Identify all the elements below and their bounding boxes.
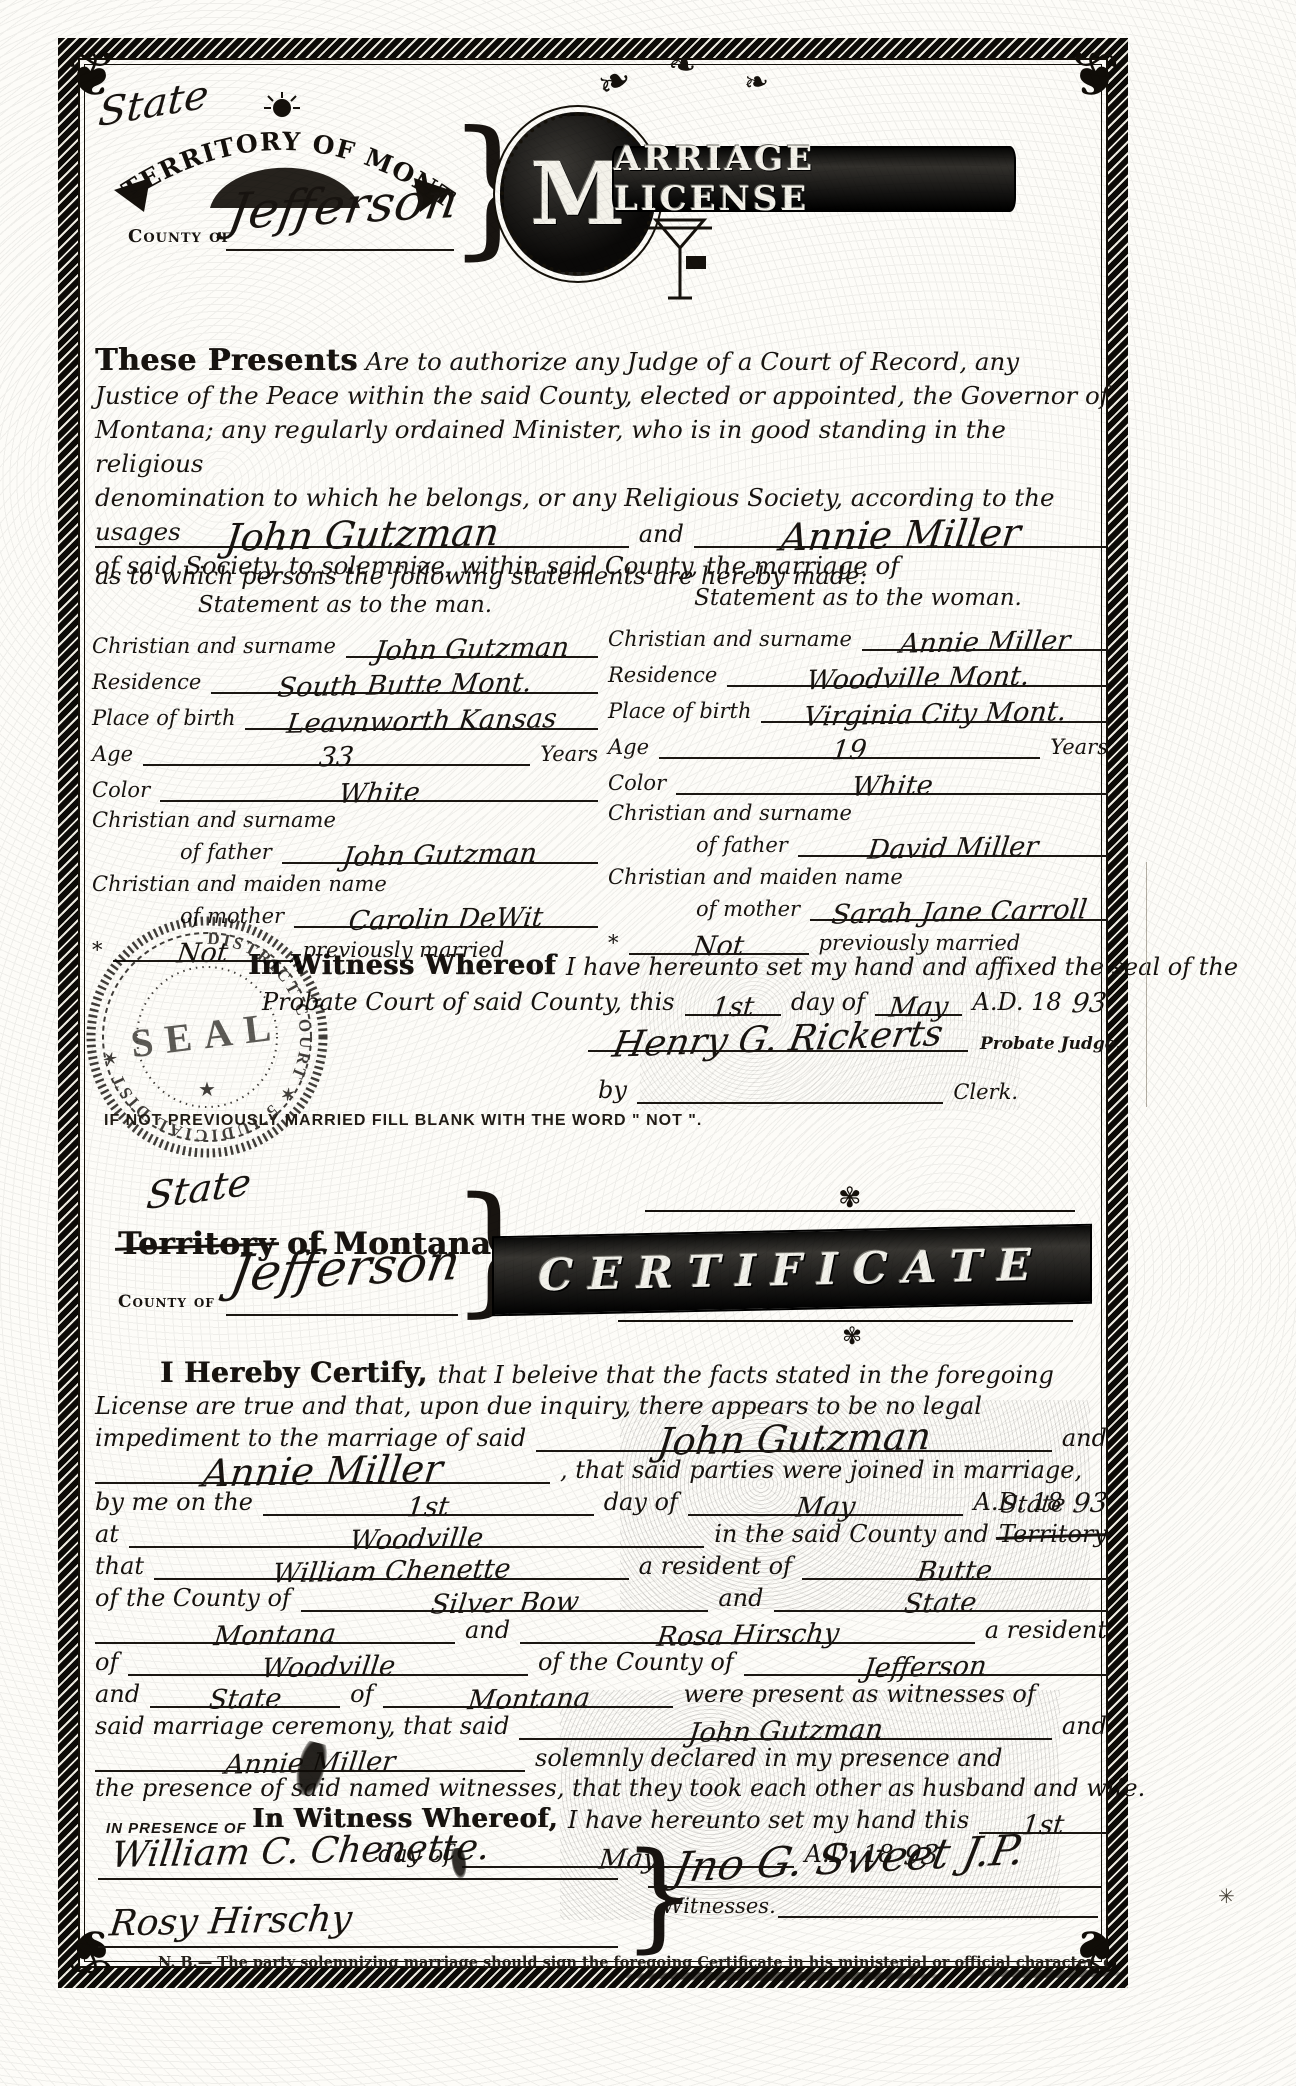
man-age-row: Age 33 Years — [92, 740, 598, 766]
birthplace-label: Place of birth — [608, 699, 751, 723]
name-label: Christian and surname — [92, 634, 336, 658]
clerk-label: Clerk. — [953, 1080, 1018, 1104]
statement-woman-column: Statement as to the woman. Christian and… — [608, 585, 1108, 965]
certify-line-3: impediment to the marriage of said John … — [95, 1416, 1107, 1452]
certify-line-14: the presence of said named witnesses, th… — [95, 1774, 1145, 1802]
certificate-year-value: 93 — [1071, 1491, 1108, 1516]
resident-of-label: a resident of — [639, 1552, 792, 1580]
by-me-on-the-text: by me on the — [95, 1488, 253, 1516]
fill-line — [648, 1886, 1102, 1888]
day-of-label: day of — [604, 1488, 678, 1516]
man-mother-value: Carolin DeWit — [348, 906, 545, 934]
margin-star-mark: ✳ — [1218, 1886, 1235, 1906]
and-word: and — [465, 1616, 510, 1644]
were-present-text: were present as witnesses of — [683, 1680, 1035, 1708]
flourish-icon: ✾ — [838, 1184, 861, 1212]
witnesses-label: Witnesses. — [662, 1894, 776, 1918]
fill-line — [98, 1946, 618, 1948]
statement-woman-heading: Statement as to the woman. — [608, 585, 1108, 611]
man-name-row: Christian and surname John Gutzman — [92, 632, 598, 658]
woman-father-label-row: Christian and surname — [608, 801, 1108, 825]
father-label-line1: Christian and surname — [608, 801, 852, 825]
years-label: Years — [1050, 735, 1108, 759]
man-birthplace-value: Leavnworth Kansas — [285, 707, 558, 737]
said-county-text: in the said County and — [714, 1520, 989, 1548]
woman-age-row: Age 19 Years — [608, 733, 1108, 759]
banner-text: ARRIAGE LICENSE — [614, 139, 1014, 219]
of-label: of — [350, 1680, 373, 1708]
sun-icon — [264, 92, 300, 116]
leaf-flourish-icon: ❧ — [743, 67, 771, 99]
of-county-label: of the County of — [95, 1584, 291, 1612]
certificate-county-value: Jefferson — [227, 1240, 463, 1297]
i-hereby-certify-lead: I Hereby Certify, — [160, 1356, 428, 1389]
woman-mother-row: of mother Sarah Jane Carroll — [608, 895, 1108, 921]
certify-line1-text: that I beleive that the facts stated in … — [438, 1361, 1054, 1389]
certify-line-9: Montana and Rosa Hirschy a resident — [95, 1610, 1107, 1644]
woman-mother-value: Sarah Jane Carroll — [830, 898, 1088, 928]
trumpet-ornament-icon — [628, 214, 748, 306]
woman-name-row: Christian and surname Annie Miller — [608, 625, 1108, 651]
name-label: Christian and surname — [608, 627, 852, 651]
that-label: that — [95, 1552, 144, 1580]
certify-line-11: and State of Montana were present as wit… — [95, 1674, 1107, 1708]
these-presents-lead: These Presents — [95, 343, 358, 378]
woman-color-row: Color White — [608, 769, 1108, 795]
paragraph-line-3: Montana; any regularly ordained Minister… — [95, 415, 1006, 478]
fill-line — [226, 1314, 458, 1316]
certify-line-4: Annie Miller , that said parties were jo… — [95, 1448, 1107, 1484]
statement-man-heading: Statement as to the man. — [92, 592, 598, 618]
clerk-by-row: by Clerk. — [598, 1076, 1018, 1104]
fill-line — [226, 249, 454, 251]
woman-birthplace-row: Place of birth Virginia City Mont. — [608, 697, 1108, 723]
mother-label-line1: Christian and maiden name — [608, 865, 903, 889]
and-word: and — [95, 1680, 140, 1708]
ink-smudge — [620, 1972, 940, 1981]
residence-label: Residence — [92, 670, 201, 694]
ink-smudge — [972, 1970, 1122, 1978]
and-word: and — [718, 1584, 763, 1612]
man-father-value: John Gutzman — [341, 842, 538, 870]
man-color-row: Color White — [92, 776, 598, 802]
witness1-signature: William C. Chenette. — [110, 1832, 492, 1872]
man-residence-row: Residence South Butte Mont. — [92, 668, 598, 694]
age-label: Age — [92, 742, 133, 766]
paragraph-line-2: Justice of the Peace within the said Cou… — [95, 381, 1109, 410]
county-of-label: County of — [128, 226, 232, 247]
man-name-value: John Gutzman — [373, 636, 570, 664]
marriage-license-banner: ARRIAGE LICENSE — [612, 146, 1016, 212]
woman-color-value: White — [850, 774, 934, 800]
father-label-line2: of father — [180, 840, 272, 864]
ad-printed: A.D. 18 — [972, 988, 1061, 1016]
of-label: of — [95, 1648, 118, 1676]
witness-clause-line1: In Witness Whereof I have hereunto set m… — [248, 950, 1106, 981]
paragraph-line-1: Are to authorize any Judge of a Court of… — [365, 347, 1019, 376]
fill-line — [98, 1878, 618, 1880]
and-word: and — [1062, 1712, 1107, 1740]
probate-judge-title: Probate Judge. — [980, 1034, 1121, 1054]
woman-father-row: of father David Miller — [608, 831, 1108, 857]
father-label-line2: of father — [696, 833, 788, 857]
mother-label-line2: of mother — [696, 897, 800, 921]
certify-line-6: at Woodville in the said County and Terr… — [95, 1514, 1107, 1548]
certificate-banner-text: CERTIFICATE — [538, 1239, 1046, 1301]
certify-line-8: of the County of Silver Bow and State — [95, 1578, 1107, 1612]
witness2-signature: Rosy Hirschy — [108, 1903, 354, 1940]
corner-fleuron-icon: ❦ — [1068, 44, 1120, 106]
a-resident-label: a resident — [985, 1616, 1107, 1644]
couple-names-fill-row: John Gutzman and Annie Miller — [95, 502, 1107, 548]
seal-center-text: SEAL — [128, 1003, 285, 1066]
certify-line-1: I Hereby Certify, that I beleive that th… — [160, 1356, 1107, 1389]
judge-signature-line: Henry G. Rickerts — [588, 1006, 968, 1052]
certify-line-10: of Woodville of the County of Jefferson — [95, 1642, 1107, 1676]
scanned-marriage-license-document: ❦ ❦ ❦ ❦ State TERRITORY OF MONTANA Count… — [0, 0, 1296, 2086]
and-word: and — [639, 520, 684, 548]
at-label: at — [95, 1520, 119, 1548]
man-age-value: 33 — [318, 746, 355, 771]
judge-signature: Henry G. Rickerts — [610, 1018, 945, 1062]
state-overwrite-handwritten: State — [1000, 1493, 1067, 1516]
of-county-label: of the County of — [538, 1648, 734, 1676]
woman-birthplace-value: Virginia City Mont. — [802, 700, 1068, 730]
certify-line-7: that William Chenette a resident of Butt… — [95, 1546, 1107, 1580]
bride-name: Annie Miller — [778, 515, 1022, 554]
man-color-value: White — [337, 781, 421, 807]
said-marriage-ceremony-text: said marriage ceremony, that said — [95, 1712, 509, 1740]
witness-clause-text1: I have hereunto set my hand and affixed … — [566, 953, 1238, 981]
residence-label: Residence — [608, 663, 717, 687]
age-label: Age — [608, 735, 649, 759]
woman-age-value: 19 — [831, 739, 868, 764]
man-birthplace-row: Place of birth Leavnworth Kansas — [92, 704, 598, 730]
years-label: Years — [540, 742, 598, 766]
territory-struck-word: Territory — [999, 1520, 1107, 1548]
color-label: Color — [608, 771, 666, 795]
not-previously-married-footnote: IF NOT PREVIOUSLY MARRIED FILL BLANK WIT… — [104, 1112, 702, 1130]
solemnly-declared-text: solemnly declared in my presence and — [535, 1744, 1003, 1772]
groom-name: John Gutzman — [223, 515, 500, 555]
license-year-value: 93 — [1070, 991, 1107, 1016]
man-father-label-row: Christian and surname — [92, 808, 598, 832]
certificate-county-label: County of — [118, 1292, 215, 1312]
fill-line — [778, 1916, 1098, 1918]
certify-line-5: by me on the 1st day of May A.D. 18 93 — [95, 1482, 1107, 1516]
father-label-line1: Christian and surname — [92, 808, 336, 832]
solemnizing-footer-note: N. B.— The party solemnizing marriage sh… — [158, 1954, 1108, 1971]
man-residence-value: South Butte Mont. — [276, 671, 533, 701]
mother-label-line1: Christian and maiden name — [92, 872, 387, 896]
seal-star-icon: ★ — [198, 1077, 216, 1101]
man-father-row: of father John Gutzman — [92, 838, 598, 864]
certify-line-13: Annie Miller solemnly declared in my pre… — [95, 1738, 1107, 1772]
county-value-handwritten: Jefferson — [225, 178, 461, 235]
scan-artifact-line — [1146, 862, 1147, 1107]
woman-name-value: Annie Miller — [898, 629, 1071, 657]
by-label: by — [598, 1076, 627, 1104]
certificate-banner: CERTIFICATE — [492, 1224, 1092, 1317]
woman-residence-row: Residence Woodville Mont. — [608, 661, 1108, 687]
birthplace-label: Place of birth — [92, 706, 235, 730]
man-mother-label-row: Christian and maiden name — [92, 872, 598, 896]
joined-in-marriage-text: , that said parties were joined in marri… — [560, 1456, 1082, 1484]
woman-father-value: David Miller — [866, 835, 1039, 863]
flourish-icon: ✾ — [842, 1324, 862, 1348]
certify-line-12: said marriage ceremony, that said John G… — [95, 1706, 1107, 1740]
woman-mother-label-row: Christian and maiden name — [608, 865, 1108, 889]
woman-residence-value: Woodville Mont. — [805, 665, 1031, 694]
color-label: Color — [92, 778, 150, 802]
